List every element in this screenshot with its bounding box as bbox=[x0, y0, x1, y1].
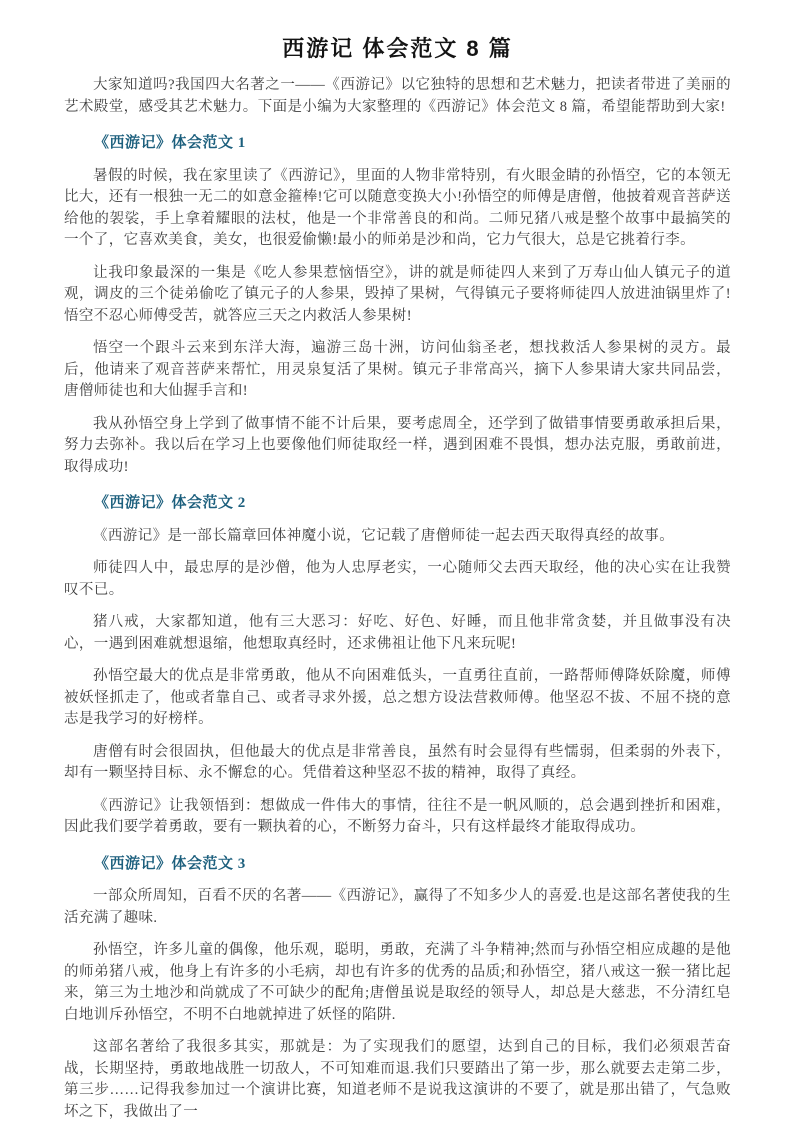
body-paragraph: 悟空一个跟斗云来到东洋大海，遍游三岛十洲，访问仙翁圣老，想找救活人参果树的灵方。… bbox=[64, 338, 731, 403]
section-heading-3: 《西游记》体会范文 3 bbox=[64, 854, 731, 876]
body-paragraph: 唐僧有时会很固执，但他最大的优点是非常善良，虽然有时会显得有些懦弱，但柔弱的外表… bbox=[64, 742, 731, 785]
body-paragraph: 《西游记》是一部长篇章回体神魔小说，它记载了唐僧师徒一起去西天取得真经的故事。 bbox=[64, 526, 731, 548]
body-paragraph: 师徒四人中，最忠厚的是沙僧，他为人忠厚老实，一心随师父去西天取经，他的决心实在让… bbox=[64, 558, 731, 601]
body-paragraph: 让我印象最深的一集是《吃人参果惹恼悟空》，讲的就是师徒四人来到了万寿山仙人镇元子… bbox=[64, 263, 731, 328]
body-paragraph: 我从孙悟空身上学到了做事情不能不计后果，要考虑周全，还学到了做错事情要勇敢承担后… bbox=[64, 414, 731, 479]
body-paragraph: 《西游记》让我领悟到：想做成一件伟大的事情，往往不是一帆风顺的，总会遇到挫折和困… bbox=[64, 796, 731, 839]
section-heading-2: 《西游记》体会范文 2 bbox=[64, 493, 731, 515]
page-title: 西游记 体会范文 8 篇 bbox=[64, 34, 731, 64]
body-paragraph: 孙悟空，许多儿童的偶像，他乐观，聪明，勇敢，充满了斗争精神;然而与孙悟空相应成趣… bbox=[64, 940, 731, 1026]
document-page: 西游记 体会范文 8 篇 大家知道吗?我国四大名著之一——《西游记》以它独特的思… bbox=[0, 0, 794, 1123]
body-paragraph: 这部名著给了我很多其实，那就是：为了实现我们的愿望，达到自己的目标，我们必须艰苦… bbox=[64, 1037, 731, 1123]
intro-paragraph: 大家知道吗?我国四大名著之一——《西游记》以它独特的思想和艺术魅力，把读者带进了… bbox=[64, 75, 731, 118]
body-paragraph: 猪八戒，大家都知道，他有三大恶习：好吃、好色、好睡，而且他非常贪婪，并且做事没有… bbox=[64, 612, 731, 655]
body-paragraph: 暑假的时候，我在家里读了《西游记》，里面的人物非常特别，有火眼金睛的孙悟空，它的… bbox=[64, 166, 731, 252]
body-paragraph: 孙悟空最大的优点是非常勇敢，他从不向困难低头，一直勇往直前，一路帮师傅降妖除魔，… bbox=[64, 666, 731, 731]
body-paragraph: 一部众所周知，百看不厌的名著——《西游记》，赢得了不知多少人的喜爱.也是这部名著… bbox=[64, 886, 731, 929]
section-heading-1: 《西游记》体会范文 1 bbox=[64, 133, 731, 155]
